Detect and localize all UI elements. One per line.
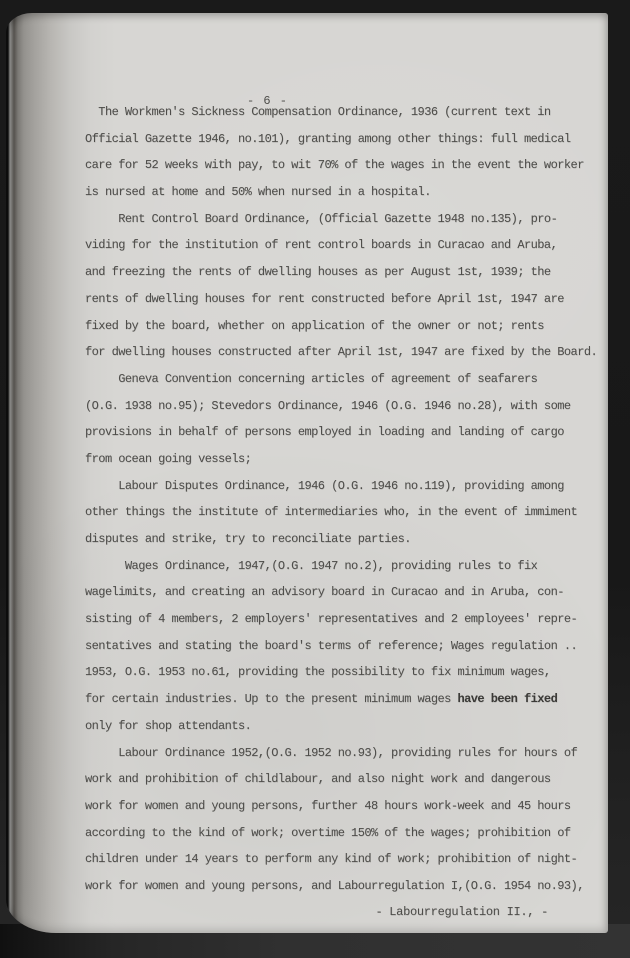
text-line: Official Gazette 1946, no.101), granting…	[85, 126, 604, 153]
text-line: care for 52 weeks with pay, to wit 70% o…	[85, 152, 604, 179]
text-line: viding for the institution of rent contr…	[85, 232, 604, 259]
text-line: Labour Ordinance 1952,(O.G. 1952 no.93),…	[85, 740, 604, 767]
book-page: - 6 - The Workmen's Sickness Compensatio…	[6, 13, 608, 933]
text-line: children under 14 years to perform any k…	[85, 846, 604, 873]
text-line: work for women and young persons, furthe…	[85, 793, 604, 820]
document-text: The Workmen's Sickness Compensation Ordi…	[85, 99, 604, 900]
text-line: rents of dwelling houses for rent constr…	[85, 286, 604, 313]
paragraph: Rent Control Board Ordinance, (Official …	[85, 206, 604, 366]
paragraph: The Workmen's Sickness Compensation Ordi…	[85, 99, 604, 206]
text-line: according to the kind of work; overtime …	[85, 820, 604, 847]
text-line: and freezing the rents of dwelling house…	[85, 259, 604, 286]
text-line: for dwelling houses constructed after Ap…	[85, 339, 604, 366]
text-line: sentatives and stating the board's terms…	[85, 633, 604, 660]
scan-background: - 6 - The Workmen's Sickness Compensatio…	[0, 0, 630, 958]
text-line: Geneva Convention concerning articles of…	[85, 366, 604, 393]
page-footer-caption: - Labourregulation II., -	[375, 899, 548, 926]
text-line: for certain industries. Up to the presen…	[85, 686, 604, 713]
text-line: Labour Disputes Ordinance, 1946 (O.G. 19…	[85, 473, 604, 500]
text-line: 1953, O.G. 1953 no.61, providing the pos…	[85, 659, 604, 686]
text-line: other things the institute of intermedia…	[85, 499, 604, 526]
text-line: from ocean going vessels;	[85, 446, 604, 473]
paragraph: Labour Disputes Ordinance, 1946 (O.G. 19…	[85, 473, 604, 553]
text-line: The Workmen's Sickness Compensation Ordi…	[85, 99, 604, 126]
text-line: is nursed at home and 50% when nursed in…	[85, 179, 604, 206]
text-line: only for shop attendants.	[85, 713, 604, 740]
text-line: fixed by the board, whether on applicati…	[85, 313, 604, 340]
text-line: sisting of 4 members, 2 employers' repre…	[85, 606, 604, 633]
text-line: work for women and young persons, and La…	[85, 873, 604, 900]
text-line: (O.G. 1938 no.95); Stevedors Ordinance, …	[85, 393, 604, 420]
text-line: work and prohibition of childlabour, and…	[85, 766, 604, 793]
paragraph: Labour Ordinance 1952,(O.G. 1952 no.93),…	[85, 740, 604, 900]
text-line: disputes and strike, try to reconciliate…	[85, 526, 604, 553]
text-line: Rent Control Board Ordinance, (Official …	[85, 206, 604, 233]
text-line: wagelimits, and creating an advisory boa…	[85, 579, 604, 606]
text-line: provisions in behalf of persons employed…	[85, 419, 604, 446]
paragraph: Geneva Convention concerning articles of…	[85, 366, 604, 473]
paragraph: Wages Ordinance, 1947,(O.G. 1947 no.2), …	[85, 553, 604, 740]
text-line: Wages Ordinance, 1947,(O.G. 1947 no.2), …	[85, 553, 604, 580]
